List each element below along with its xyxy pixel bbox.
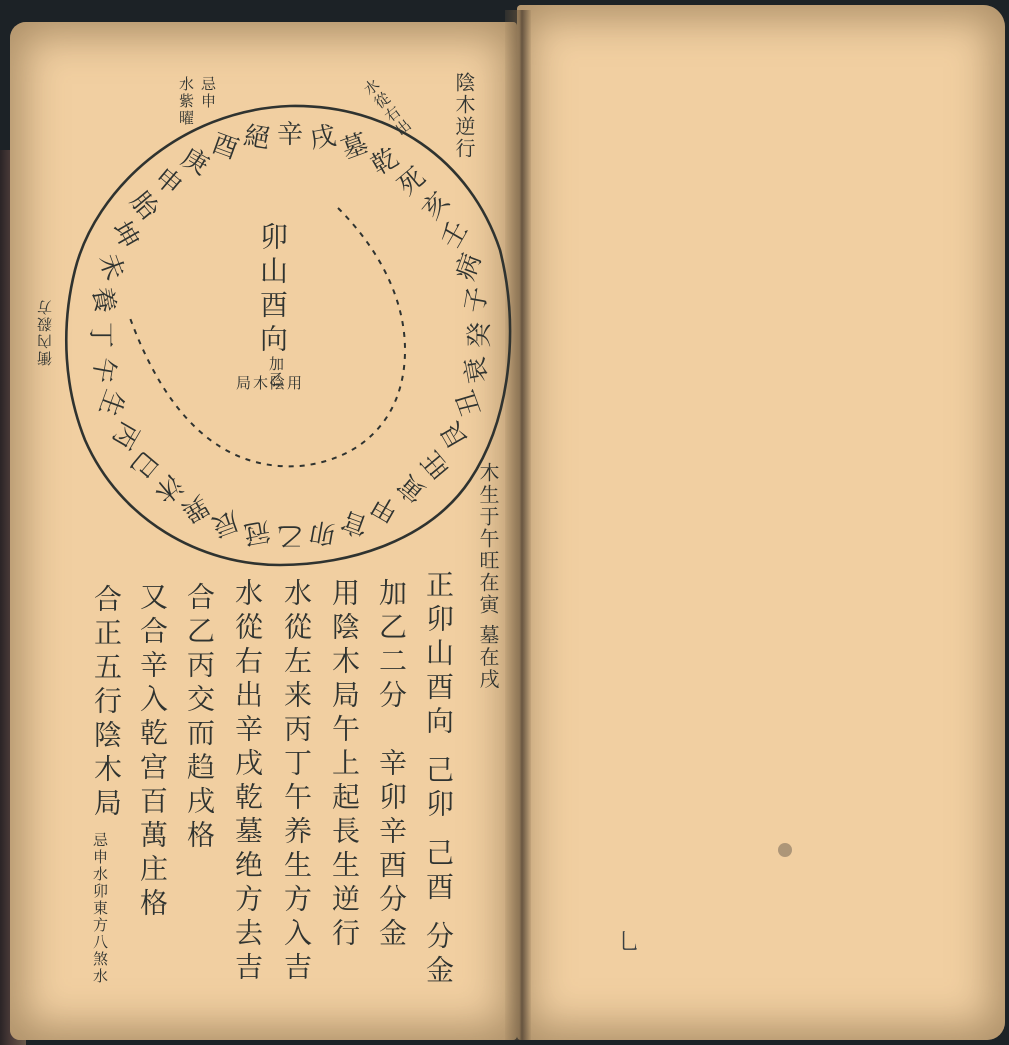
ink-stain xyxy=(778,843,792,857)
pencil-mark: 乚 xyxy=(618,925,640,956)
text-column-8: 又合辛入乾宫百萬庄格 xyxy=(138,582,166,922)
text-column-5: 水從左来丙丁午养生方入吉 xyxy=(282,578,310,986)
text-column-3: 加乙二分 辛卯辛酉分金 xyxy=(377,578,405,952)
ring-char: 丁 xyxy=(87,322,113,348)
ring-char: 癸 xyxy=(467,322,493,348)
diagram-center-use: 用陰木局 xyxy=(236,376,304,391)
text-column-1: 木生于午旺在寅 墓在戌 xyxy=(478,462,498,690)
ring-char: 衰 xyxy=(462,355,492,385)
text-column-4: 用陰木局午上起長生逆行 xyxy=(330,578,358,952)
header-yin-wood: 陰木逆行 xyxy=(454,72,474,160)
ring-char: 冠 xyxy=(242,517,272,547)
side-note: 衝內殺方 xyxy=(38,298,53,366)
ring-char: 辛 xyxy=(277,122,303,148)
header-note-1: 忌申 xyxy=(200,76,215,110)
footer-note: 忌申水卯東方八煞水 xyxy=(92,832,107,985)
ring-char: 乙 xyxy=(277,522,303,548)
text-column-2: 正卯山酉向 己卯 己酉 分金 xyxy=(424,570,452,989)
text-column-7: 合乙丙交而趋戌格 xyxy=(185,582,213,854)
ring-char: 子 xyxy=(462,285,492,315)
diagram-center-main: 卯山酉向 xyxy=(258,222,286,358)
ring-char: 絕 xyxy=(242,123,272,153)
header-note-2: 水紫曜 xyxy=(178,76,193,127)
text-column-9: 合正五行陰木局 xyxy=(92,584,120,822)
ring-char: 養 xyxy=(88,285,118,315)
manuscript-spread: 陰木逆行 忌申 水紫曜 衝內殺方 水從右出 卯山酉向 加乙 用陰木局 絕酉庚申胎… xyxy=(0,0,1009,1045)
ring-char: 戌 xyxy=(308,123,338,153)
ring-char: 午 xyxy=(88,355,118,385)
ring-char: 卯 xyxy=(308,517,338,547)
text-column-6: 水從右出辛戌乾墓绝方去吉 xyxy=(233,578,261,986)
